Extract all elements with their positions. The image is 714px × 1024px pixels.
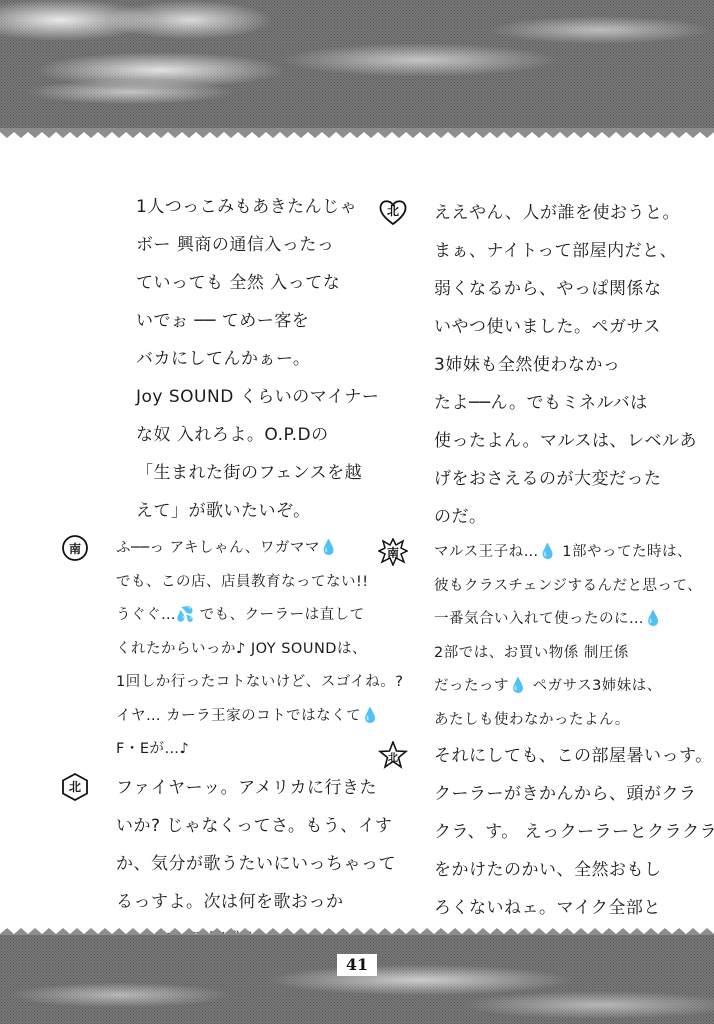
dialogue-line: クーラーがきかんから、頭がクラ bbox=[378, 783, 708, 821]
dialogue-line: 2部では、お買い物係 制圧係 bbox=[378, 643, 708, 677]
dialogue-line: それにしても、この部屋暑いっす。 bbox=[378, 745, 708, 783]
heart-badge-icon: 北 bbox=[378, 198, 408, 226]
dialogue-line: 一番気合い入れて使ったのに…💧 bbox=[378, 609, 708, 643]
dialogue-line: か、気分が歌うたいにいっちゃって bbox=[60, 853, 370, 891]
speaker-label: 南 bbox=[387, 544, 399, 561]
dialogue-line: だったっす💧 ペガサス3姉妹は、 bbox=[378, 676, 708, 710]
dialogue-line: ファイヤーッ。アメリカに行きた bbox=[60, 777, 370, 815]
dialogue-line: あたしも使わなかったよん。 bbox=[378, 710, 708, 744]
dialogue-line: 1回しか行ったコトないけど、スゴイね。? bbox=[60, 672, 370, 706]
hexagon-badge-icon: 北 bbox=[60, 773, 90, 801]
dialogue-line: イヤ… カーラ王家のコトではなくて💧 bbox=[60, 706, 370, 740]
dialogue-line: F・Eが…♪ bbox=[60, 739, 370, 773]
speaker-label: 南 bbox=[69, 540, 81, 557]
dialogue-line: でも、この店、店員教育なってない!! bbox=[60, 572, 370, 606]
dialogue-line: まぁ、ナイトって部屋内だと、 bbox=[378, 240, 708, 278]
dialogue-line: いやつ使いました。ペガサス bbox=[378, 316, 708, 354]
dialogue-block-kita-2: 北 ええやん、人が誰を使おうと。 bbox=[378, 202, 708, 240]
dialogue-line: ええやん、人が誰を使おうと。 bbox=[378, 202, 708, 240]
page-number: 41 bbox=[337, 954, 377, 976]
dialogue-line: 弱くなるから、やっぱ関係な bbox=[378, 278, 708, 316]
narration-line: えて」が歌いたいぞ。 bbox=[60, 500, 370, 538]
dialogue-line: うぐぐ…💦 でも、クーラーは直して bbox=[60, 605, 370, 639]
dialogue-line: 彼もクラスチェンジするんだと思って、 bbox=[378, 576, 708, 610]
left-column: 1人つっこみもあきたんじゃ ボー 興商の通信入ったっ ていっても 全然 入ってな… bbox=[60, 196, 370, 967]
narration-line: Joy SOUND くらいのマイナー bbox=[60, 386, 370, 424]
narration-line: バカにしてんかぁー。 bbox=[60, 348, 370, 386]
speaker-label: 北 bbox=[388, 749, 398, 764]
dialogue-line: ふ──っ アキしゃん、ワガママ💧 bbox=[60, 538, 370, 572]
dialogue-line: をかけたのかい、全然おもし bbox=[378, 859, 708, 897]
star-badge-icon: 北 bbox=[378, 741, 408, 769]
narration-line: な奴 入れろよ。O.P.Dの bbox=[60, 424, 370, 462]
header-zigzag-edge bbox=[0, 128, 714, 138]
speaker-label: 北 bbox=[69, 778, 81, 795]
header-screentone-band bbox=[0, 0, 714, 132]
narration-line: いでぉ ── てめー客を bbox=[60, 310, 370, 348]
dialogue-line: くれたからいっか♪ JOY SOUNDは、 bbox=[60, 639, 370, 673]
right-column: 北 ええやん、人が誰を使おうと。 まぁ、ナイトって部屋内だと、 弱くなるから、や… bbox=[378, 202, 708, 973]
dialogue-line: いか? じゃなくってさ。もう、イす bbox=[60, 815, 370, 853]
narration-line: ボー 興商の通信入ったっ bbox=[60, 234, 370, 272]
dialogue-line: たよ──ん。でもミネルバは bbox=[378, 392, 708, 430]
dialogue-line: のだ。 bbox=[378, 506, 708, 544]
dialogue-line: 3姉妹も全然使わなかっ bbox=[378, 354, 708, 392]
dialogue-block-kita-1: 北 ファイヤーッ。アメリカに行きた bbox=[60, 777, 370, 815]
burst-badge-icon: 南 bbox=[378, 538, 408, 566]
dialogue-block-minami-1: 南 ふ──っ アキしゃん、ワガママ💧 bbox=[60, 538, 370, 572]
dialogue-line: クラ、す。 えっクーラーとクラクラ bbox=[378, 821, 708, 859]
narration-line: 1人つっこみもあきたんじゃ bbox=[60, 196, 370, 234]
footer-screentone-band bbox=[0, 935, 714, 1024]
narration-line: ていっても 全然 入ってな bbox=[60, 272, 370, 310]
dialogue-block-kita-3: 北 それにしても、この部屋暑いっす。 bbox=[378, 745, 708, 783]
speaker-label: 北 bbox=[387, 202, 399, 219]
dialogue-block-minami-2: 南 マルス王子ね…💧 1部やってた時は、 bbox=[378, 542, 708, 576]
dialogue-line: るっすよ。次は何を歌おっか bbox=[60, 891, 370, 929]
narration-line: 「生まれた街のフェンスを越 bbox=[60, 462, 370, 500]
dialogue-line: マルス王子ね…💧 1部やってた時は、 bbox=[378, 542, 708, 576]
dialogue-line: 使ったよん。マルスは、レベルあ bbox=[378, 430, 708, 468]
dialogue-line: げをおさえるのが大変だった bbox=[378, 468, 708, 506]
circle-badge-icon: 南 bbox=[60, 534, 90, 562]
